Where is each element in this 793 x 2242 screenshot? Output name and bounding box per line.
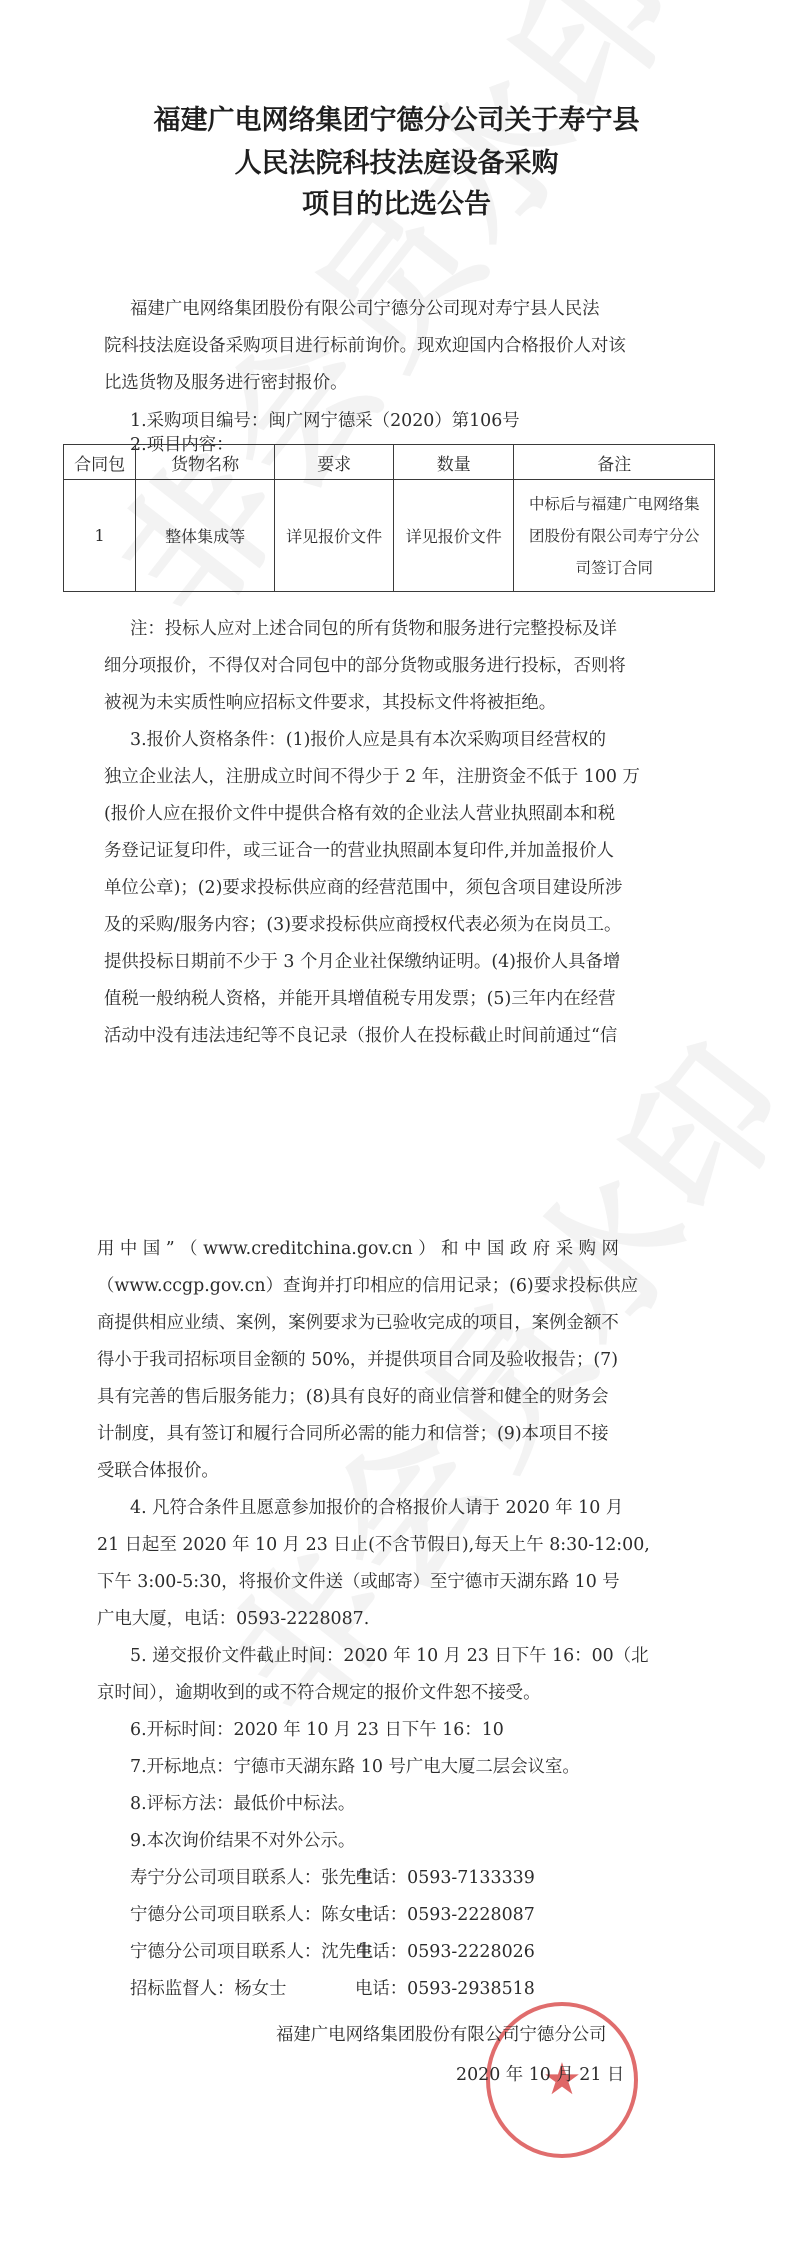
qualification-line: 3.报价人资格条件：(1)报价人应是具有本次采购项目经营权的 — [130, 725, 606, 750]
note-line: 细分项报价，不得仅对合同包中的部分货物或服务进行投标，否则将 — [104, 651, 626, 676]
procurement-number: 1.采购项目编号：闽广网宁德采（2020）第106号 — [130, 406, 520, 431]
submission-line: 下午 3:00-5:30，将报价文件送（或邮寄）至宁德市天湖东路 10 号 — [97, 1567, 620, 1592]
result-notice: 9.本次询价结果不对外公示。 — [130, 1826, 355, 1851]
note-line: 注：投标人应对上述合同包的所有货物和服务进行完整投标及详 — [130, 614, 617, 639]
cell-remark: 中标后与福建广电网络集 团股份有限公司寿宁分公 司签订合同 — [514, 480, 715, 592]
qualification-line: 得小于我司招标项目金额的 50%，并提供项目合同及验收报告；(7) — [97, 1345, 618, 1370]
contact-label: 寿宁分公司项目联系人：张先生 — [130, 1863, 373, 1888]
qualification-line: 具有完善的售后服务能力；(8)具有良好的商业信誉和健全的财务会 — [97, 1382, 609, 1407]
submission-line: 4. 凡符合条件且愿意参加报价的合格报价人请于 2020 年 10 月 — [130, 1493, 623, 1518]
contact-phone: 电话：0593-2228026 — [355, 1937, 535, 1962]
project-content-table: 合同包 货物名称 要求 数量 备注 1 整体集成等 详见报价文件 详见报价文件 … — [63, 444, 715, 592]
contact-label: 宁德分公司项目联系人：沈先生 — [130, 1937, 373, 1962]
column-header: 要求 — [275, 445, 394, 480]
qualification-line: （www.ccgp.gov.cn）查询并打印相应的信用记录；(6)要求投标供应 — [97, 1271, 638, 1296]
cell-requirement: 详见报价文件 — [275, 480, 394, 592]
cell-goods: 整体集成等 — [136, 480, 275, 592]
remark-line: 司签订合同 — [514, 552, 714, 584]
document-page: 非会员水印 非会员水印 福建广电网络集团宁德分公司关于寿宁县 人民法院科技法庭设… — [0, 0, 793, 2242]
column-header: 合同包 — [64, 445, 136, 480]
signature-date: 2020 年 10 月 21 日 — [456, 2060, 624, 2085]
contact-label: 招标监督人：杨女士 — [130, 1974, 287, 1999]
qualification-line: 活动中没有违法违纪等不良记录（报价人在投标截止时间前通过“信 — [104, 1021, 617, 1046]
qualification-line: 计制度，具有签订和履行合同所必需的能力和信誉；(9)本项目不接 — [97, 1419, 609, 1444]
opening-time: 6.开标时间：2020 年 10 月 23 日下午 16：10 — [130, 1715, 504, 1740]
remark-line: 团股份有限公司寿宁分公 — [514, 520, 714, 552]
qualification-line: 务登记证复印件，或三证合一的营业执照副本复印件,并加盖报价人 — [104, 836, 614, 861]
submission-line: 21 日起至 2020 年 10 月 23 日止(不含节假日),每天上午 8:3… — [97, 1530, 650, 1555]
contact-phone: 电话：0593-2228087 — [355, 1900, 535, 1925]
page-title-line-1: 福建广电网络集团宁德分公司关于寿宁县 — [0, 98, 793, 137]
intro-line: 福建广电网络集团股份有限公司宁德分公司现对寿宁县人民法 — [130, 294, 600, 319]
contact-phone: 电话：0593-2938518 — [355, 1974, 535, 1999]
column-header: 货物名称 — [136, 445, 275, 480]
deadline-line: 京时间），逾期收到的或不符合规定的报价文件恕不接受。 — [97, 1678, 540, 1703]
table-row: 1 整体集成等 详见报价文件 详见报价文件 中标后与福建广电网络集 团股份有限公… — [64, 480, 715, 592]
page-title-line-2: 人民法院科技法庭设备采购 — [0, 141, 793, 180]
submission-line: 广电大厦，电话：0593-2228087. — [97, 1604, 369, 1629]
note-line: 被视为未实质性响应招标文件要求，其投标文件将被拒绝。 — [104, 688, 556, 713]
column-header: 备注 — [514, 445, 715, 480]
contact-label: 宁德分公司项目联系人：陈女士 — [130, 1900, 373, 1925]
qualification-line: (报价人应在报价文件中提供合格有效的企业法人营业执照副本和税 — [104, 799, 615, 824]
qualification-line: 用 中 国 ” （ www.creditchina.gov.cn ） 和 中 国… — [97, 1234, 619, 1259]
intro-line: 比选货物及服务进行密封报价。 — [104, 368, 347, 393]
cell-package: 1 — [64, 480, 136, 592]
qualification-line: 受联合体报价。 — [97, 1456, 219, 1481]
qualification-line: 值税一般纳税人资格，并能开具增值税专用发票；(5)三年内在经营 — [104, 984, 616, 1009]
page-title-line-3: 项目的比选公告 — [0, 182, 793, 221]
cell-quantity: 详见报价文件 — [394, 480, 514, 592]
qualification-line: 提供投标日期前不少于 3 个月企业社保缴纳证明。(4)报价人具备增 — [104, 947, 620, 972]
table-header-row: 合同包 货物名称 要求 数量 备注 — [64, 445, 715, 480]
watermark: 非会员水印 — [170, 990, 793, 1753]
qualification-line: 单位公章)；(2)要求投标供应商的经营范围中，须包含项目建设所涉 — [104, 873, 622, 898]
evaluation-method: 8.评标方法：最低价中标法。 — [130, 1789, 355, 1814]
qualification-line: 独立企业法人，注册成立时间不得少于 2 年，注册资金不低于 100 万 — [104, 762, 640, 787]
remark-line: 中标后与福建广电网络集 — [514, 488, 714, 520]
contact-phone: 电话：0593-7133339 — [355, 1863, 535, 1888]
opening-location: 7.开标地点：宁德市天湖东路 10 号广电大厦二层会议室。 — [130, 1752, 580, 1777]
qualification-line: 及的采购/服务内容；(3)要求投标供应商授权代表必须为在岗员工。 — [104, 910, 621, 935]
intro-line: 院科技法庭设备采购项目进行标前询价。现欢迎国内合格报价人对该 — [104, 331, 626, 356]
qualification-line: 商提供相应业绩、案例，案例要求为已验收完成的项目，案例金额不 — [97, 1308, 619, 1333]
deadline-line: 5. 递交报价文件截止时间：2020 年 10 月 23 日下午 16：00（北 — [130, 1641, 649, 1666]
column-header: 数量 — [394, 445, 514, 480]
signature-organization: 福建广电网络集团股份有限公司宁德分公司 — [276, 2020, 606, 2045]
